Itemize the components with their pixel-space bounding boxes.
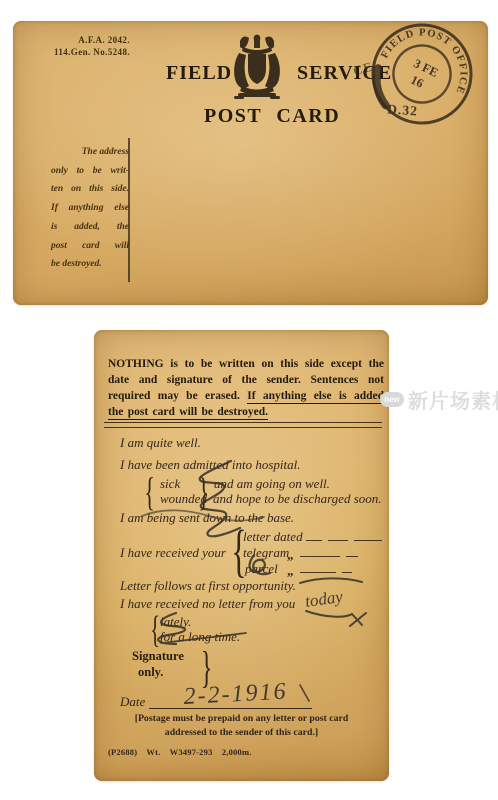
flourish-over-today — [300, 578, 362, 583]
instruction-line: If anything else — [51, 199, 129, 218]
fill-in-line — [300, 571, 352, 573]
ditto-mark: „ — [287, 563, 294, 579]
postcard-front: A.F.A. 2042. 114.Gen. No.5248. FIELD SER… — [13, 21, 488, 305]
option-no-letter: I have received no letter from you — [120, 596, 295, 612]
date-label: Date — [120, 694, 145, 710]
title-post-card: POST CARD — [204, 105, 340, 128]
option-received-your: I have received your — [120, 545, 226, 561]
form-number: A.F.A. 2042. 114.Gen. No.5248. — [38, 35, 130, 58]
royal-coat-of-arms-icon — [230, 33, 284, 101]
option-letter-follows: Letter follows at first opportunity. — [120, 578, 296, 594]
instruction-line: The address — [51, 143, 129, 162]
nothing-notice: NOTHING is to be written on this side ex… — [108, 356, 384, 420]
date-fill-line — [149, 708, 312, 709]
fill-in-line — [306, 539, 382, 541]
instruction-line: be destroyed. — [51, 255, 129, 274]
instruction-line: only to be writ- — [51, 162, 129, 181]
postage-note-line2: addressed to the sender of this card.] — [104, 727, 379, 738]
tick-after-date — [300, 685, 309, 701]
brace-sick-wounded-right: } — [198, 472, 209, 512]
watermark-logo: new — [380, 392, 404, 407]
handwritten-today: today — [304, 587, 344, 611]
postmark-date-year: 16 — [408, 73, 425, 91]
option-sick: sick — [160, 476, 180, 492]
address-divider-rule — [128, 138, 130, 282]
instruction-line: is added, the — [51, 218, 129, 237]
address-instruction-block: The address only to be writ- ten on this… — [51, 143, 129, 274]
instruction-line: ten on this side. — [51, 180, 129, 199]
instruction-line: post card will — [51, 237, 129, 256]
postcard-back: NOTHING is to be written on this side ex… — [94, 330, 389, 781]
watermark-text: 新片场素材 — [408, 385, 498, 414]
fill-in-line — [300, 555, 358, 557]
double-rule — [104, 422, 382, 428]
postmark-office-code: D.32 — [387, 101, 419, 118]
form-number-line2: 114.Gen. No.5248. — [38, 47, 130, 59]
brace-sick-wounded-left: { — [144, 472, 155, 512]
notice-line: date and signature of the sender. Senten… — [108, 372, 384, 388]
notice-line: the post card will be destroyed. — [108, 404, 384, 420]
cross-tick-today — [350, 613, 366, 626]
handwritten-date: 2-2-1916 — [183, 679, 288, 710]
signature-label-1: Signature — [132, 649, 184, 664]
signature-label-2: only. — [138, 665, 163, 680]
notice-line: required may be erased. If anything else… — [108, 388, 384, 404]
option-parcel: parcel — [245, 561, 278, 577]
option-base: I am being sent down to the base. — [120, 510, 294, 526]
form-number-line1: A.F.A. 2042. — [38, 35, 130, 47]
option-sick-rest: and am going on well. — [214, 476, 330, 492]
title-field: FIELD — [166, 62, 232, 85]
ditto-mark: „ — [287, 547, 294, 563]
print-code: (P2688) Wt. W3497-293 2,000m. — [108, 747, 252, 757]
notice-line3-plain: required may be erased. — [108, 390, 240, 402]
notice-line3-underlined: If anything else is added — [247, 390, 384, 404]
notice-line: NOTHING is to be written on this side ex… — [108, 356, 384, 372]
postage-note-line1: [Postage must be prepaid on any letter o… — [104, 713, 379, 724]
notice-line4-underlined: the post card will be destroyed. — [108, 406, 268, 420]
option-wounded-rest: and hope to be discharged soon. — [213, 491, 382, 507]
option-quite-well: I am quite well. — [120, 435, 201, 451]
option-lately: lately. — [160, 614, 191, 630]
stock-watermark: new 新片场素材 — [380, 385, 498, 414]
option-letter-dated: letter dated — [243, 529, 303, 545]
underline-today — [306, 611, 362, 625]
field-post-office-postmark: FIELD POST OFFICE 3 FE 16 D.32 — [363, 15, 481, 133]
brace-lately: { — [150, 611, 160, 649]
photo-of-field-service-postcards: A.F.A. 2042. 114.Gen. No.5248. FIELD SER… — [0, 0, 498, 800]
brace-signature: } — [201, 646, 213, 690]
option-telegram: telegram — [243, 545, 289, 561]
